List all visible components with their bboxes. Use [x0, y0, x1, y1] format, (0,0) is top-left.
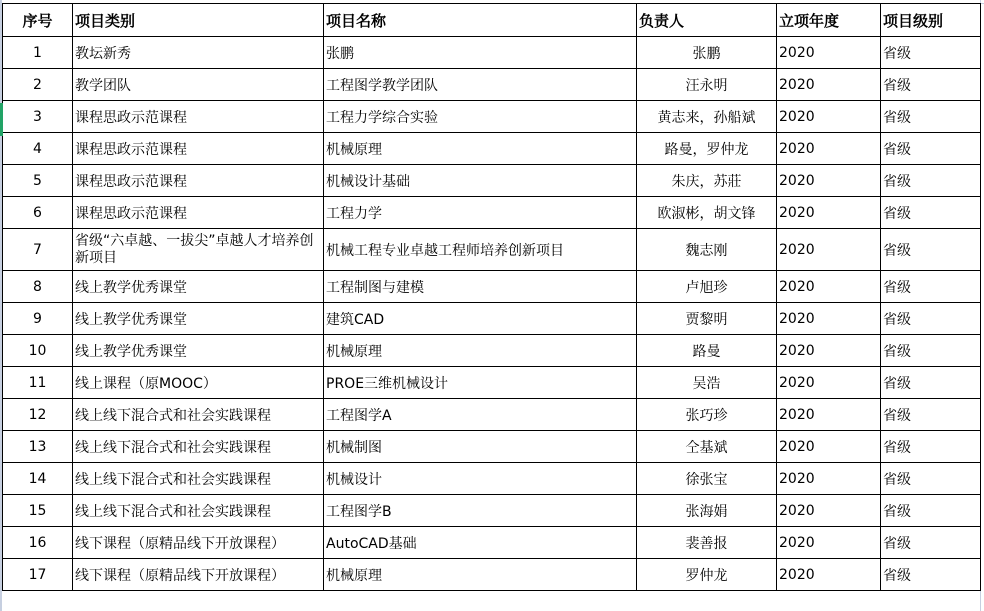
cell-category[interactable]: 线上课程（原MOOC）	[73, 367, 324, 399]
header-cell-year[interactable]: 立项年度	[777, 4, 881, 37]
cell-level[interactable]: 省级	[881, 495, 981, 527]
cell-level[interactable]: 省级	[881, 399, 981, 431]
cell-leader[interactable]: 徐张宝	[637, 463, 777, 495]
cell-category[interactable]: 线下课程（原精品线下开放课程）	[73, 559, 324, 591]
cell-level[interactable]: 省级	[881, 271, 981, 303]
header-cell-level[interactable]: 项目级别	[881, 4, 981, 37]
header-cell-no[interactable]: 序号	[3, 4, 73, 37]
cell-no[interactable]: 9	[3, 303, 73, 335]
cell-level[interactable]: 省级	[881, 37, 981, 69]
cell-year[interactable]: 2020	[777, 197, 881, 229]
cell-leader[interactable]: 张鹏	[637, 37, 777, 69]
table-row: 6课程思政示范课程工程力学欧淑彬，胡文锋2020省级	[3, 197, 981, 229]
table-row: 4课程思政示范课程机械原理路曼，罗仲龙2020省级	[3, 133, 981, 165]
cell-name[interactable]: 机械工程专业卓越工程师培养创新项目	[324, 229, 637, 271]
cell-no[interactable]: 15	[3, 495, 73, 527]
cell-level[interactable]: 省级	[881, 229, 981, 271]
cell-leader[interactable]: 朱庆，苏莊	[637, 165, 777, 197]
header-cell-category[interactable]: 项目类别	[73, 4, 324, 37]
cell-year[interactable]: 2020	[777, 229, 881, 271]
cell-name[interactable]: 机械原理	[324, 335, 637, 367]
cell-leader[interactable]: 罗仲龙	[637, 559, 777, 591]
cell-name[interactable]: 建筑CAD	[324, 303, 637, 335]
cell-year[interactable]: 2020	[777, 431, 881, 463]
cell-level[interactable]: 省级	[881, 101, 981, 133]
header-cell-leader[interactable]: 负责人	[637, 4, 777, 37]
cell-no[interactable]: 13	[3, 431, 73, 463]
cell-name[interactable]: 机械制图	[324, 431, 637, 463]
cell-level[interactable]: 省级	[881, 69, 981, 101]
table-row: 14线上线下混合式和社会实践课程机械设计徐张宝2020省级	[3, 463, 981, 495]
cell-no[interactable]: 16	[3, 527, 73, 559]
cell-category[interactable]: 课程思政示范课程	[73, 197, 324, 229]
cell-name[interactable]: 张鹏	[324, 37, 637, 69]
cell-leader[interactable]: 魏志刚	[637, 229, 777, 271]
cell-category[interactable]: 线上教学优秀课堂	[73, 303, 324, 335]
cell-leader[interactable]: 张巧珍	[637, 399, 777, 431]
cell-no[interactable]: 5	[3, 165, 73, 197]
project-table: 序号 项目类别 项目名称 负责人 立项年度 项目级别 1教坛新秀张鹏张鹏2020…	[2, 3, 981, 591]
header-cell-name[interactable]: 项目名称	[324, 4, 637, 37]
cell-category[interactable]: 课程思政示范课程	[73, 165, 324, 197]
cell-year[interactable]: 2020	[777, 37, 881, 69]
cell-category[interactable]: 课程思政示范课程	[73, 101, 324, 133]
table-row: 10线上教学优秀课堂机械原理路曼2020省级	[3, 335, 981, 367]
cell-year[interactable]: 2020	[777, 335, 881, 367]
cell-level[interactable]: 省级	[881, 197, 981, 229]
cell-name[interactable]: 工程图学教学团队	[324, 69, 637, 101]
cell-category[interactable]: 线上教学优秀课堂	[73, 271, 324, 303]
cell-category[interactable]: 线上教学优秀课堂	[73, 335, 324, 367]
cell-name[interactable]: 机械原理	[324, 133, 637, 165]
cell-level[interactable]: 省级	[881, 431, 981, 463]
cell-no[interactable]: 11	[3, 367, 73, 399]
cell-no[interactable]: 2	[3, 69, 73, 101]
cell-no[interactable]: 4	[3, 133, 73, 165]
cell-leader[interactable]: 贾黎明	[637, 303, 777, 335]
table-row: 7省级“六卓越、一拔尖”卓越人才培养创新项目机械工程专业卓越工程师培养创新项目魏…	[3, 229, 981, 271]
cell-leader[interactable]: 汪永明	[637, 69, 777, 101]
cell-name[interactable]: 机械设计	[324, 463, 637, 495]
cell-category[interactable]: 课程思政示范课程	[73, 133, 324, 165]
table-row: 11线上课程（原MOOC）PROE三维机械设计吴浩2020省级	[3, 367, 981, 399]
cell-no[interactable]: 12	[3, 399, 73, 431]
table-row: 3课程思政示范课程工程力学综合实验黄志来，孙船斌2020省级	[3, 101, 981, 133]
table-row: 17线下课程（原精品线下开放课程）机械原理罗仲龙2020省级	[3, 559, 981, 591]
cell-no[interactable]: 3	[3, 101, 73, 133]
cell-no[interactable]: 1	[3, 37, 73, 69]
cell-category[interactable]: 线上线下混合式和社会实践课程	[73, 463, 324, 495]
cell-year[interactable]: 2020	[777, 69, 881, 101]
cell-year[interactable]: 2020	[777, 559, 881, 591]
cell-year[interactable]: 2020	[777, 101, 881, 133]
cell-leader[interactable]: 吴浩	[637, 367, 777, 399]
cell-year[interactable]: 2020	[777, 271, 881, 303]
cell-name[interactable]: 工程力学	[324, 197, 637, 229]
cell-level[interactable]: 省级	[881, 335, 981, 367]
cell-leader[interactable]: 黄志来，孙船斌	[637, 101, 777, 133]
table-row: 5课程思政示范课程机械设计基础朱庆，苏莊2020省级	[3, 165, 981, 197]
cell-no[interactable]: 14	[3, 463, 73, 495]
cell-leader[interactable]: 仝基斌	[637, 431, 777, 463]
cell-name[interactable]: AutoCAD基础	[324, 527, 637, 559]
cell-name[interactable]: 工程图学B	[324, 495, 637, 527]
cell-category[interactable]: 省级“六卓越、一拔尖”卓越人才培养创新项目	[73, 229, 324, 271]
cell-name[interactable]: 机械设计基础	[324, 165, 637, 197]
cell-category[interactable]: 线上线下混合式和社会实践课程	[73, 431, 324, 463]
cell-no[interactable]: 6	[3, 197, 73, 229]
cell-no[interactable]: 8	[3, 271, 73, 303]
cell-level[interactable]: 省级	[881, 367, 981, 399]
cell-no[interactable]: 17	[3, 559, 73, 591]
cell-category[interactable]: 教坛新秀	[73, 37, 324, 69]
cell-year[interactable]: 2020	[777, 165, 881, 197]
table-row: 15线上线下混合式和社会实践课程工程图学B张海娟2020省级	[3, 495, 981, 527]
cell-year[interactable]: 2020	[777, 527, 881, 559]
cell-name[interactable]: 工程图学A	[324, 399, 637, 431]
table-row: 2教学团队工程图学教学团队汪永明2020省级	[3, 69, 981, 101]
table-row: 8线上教学优秀课堂工程制图与建模卢旭珍2020省级	[3, 271, 981, 303]
cell-year[interactable]: 2020	[777, 303, 881, 335]
cell-level[interactable]: 省级	[881, 559, 981, 591]
table-row: 13线上线下混合式和社会实践课程机械制图仝基斌2020省级	[3, 431, 981, 463]
cell-year[interactable]: 2020	[777, 367, 881, 399]
table-row: 16线下课程（原精品线下开放课程）AutoCAD基础裴善报2020省级	[3, 527, 981, 559]
cell-year[interactable]: 2020	[777, 495, 881, 527]
cell-category[interactable]: 线上线下混合式和社会实践课程	[73, 399, 324, 431]
cell-leader[interactable]: 裴善报	[637, 527, 777, 559]
cell-leader[interactable]: 路曼	[637, 335, 777, 367]
cell-year[interactable]: 2020	[777, 399, 881, 431]
table-row: 9线上教学优秀课堂建筑CAD贾黎明2020省级	[3, 303, 981, 335]
cell-level[interactable]: 省级	[881, 527, 981, 559]
cell-name[interactable]: 工程力学综合实验	[324, 101, 637, 133]
cell-category[interactable]: 线上线下混合式和社会实践课程	[73, 495, 324, 527]
cell-leader[interactable]: 欧淑彬，胡文锋	[637, 197, 777, 229]
cell-year[interactable]: 2020	[777, 463, 881, 495]
cell-name[interactable]: PROE三维机械设计	[324, 367, 637, 399]
cell-leader[interactable]: 张海娟	[637, 495, 777, 527]
active-row-marker	[0, 103, 3, 136]
cell-name[interactable]: 机械原理	[324, 559, 637, 591]
cell-no[interactable]: 10	[3, 335, 73, 367]
header-row: 序号 项目类别 项目名称 负责人 立项年度 项目级别	[3, 4, 981, 37]
cell-level[interactable]: 省级	[881, 463, 981, 495]
cell-category[interactable]: 线下课程（原精品线下开放课程）	[73, 527, 324, 559]
cell-year[interactable]: 2020	[777, 133, 881, 165]
cell-name[interactable]: 工程制图与建模	[324, 271, 637, 303]
cell-level[interactable]: 省级	[881, 133, 981, 165]
cell-level[interactable]: 省级	[881, 165, 981, 197]
cell-no[interactable]: 7	[3, 229, 73, 271]
cell-level[interactable]: 省级	[881, 303, 981, 335]
cell-leader[interactable]: 卢旭珍	[637, 271, 777, 303]
cell-category[interactable]: 教学团队	[73, 69, 324, 101]
table-row: 1教坛新秀张鹏张鹏2020省级	[3, 37, 981, 69]
table-row: 12线上线下混合式和社会实践课程工程图学A张巧珍2020省级	[3, 399, 981, 431]
cell-leader[interactable]: 路曼，罗仲龙	[637, 133, 777, 165]
